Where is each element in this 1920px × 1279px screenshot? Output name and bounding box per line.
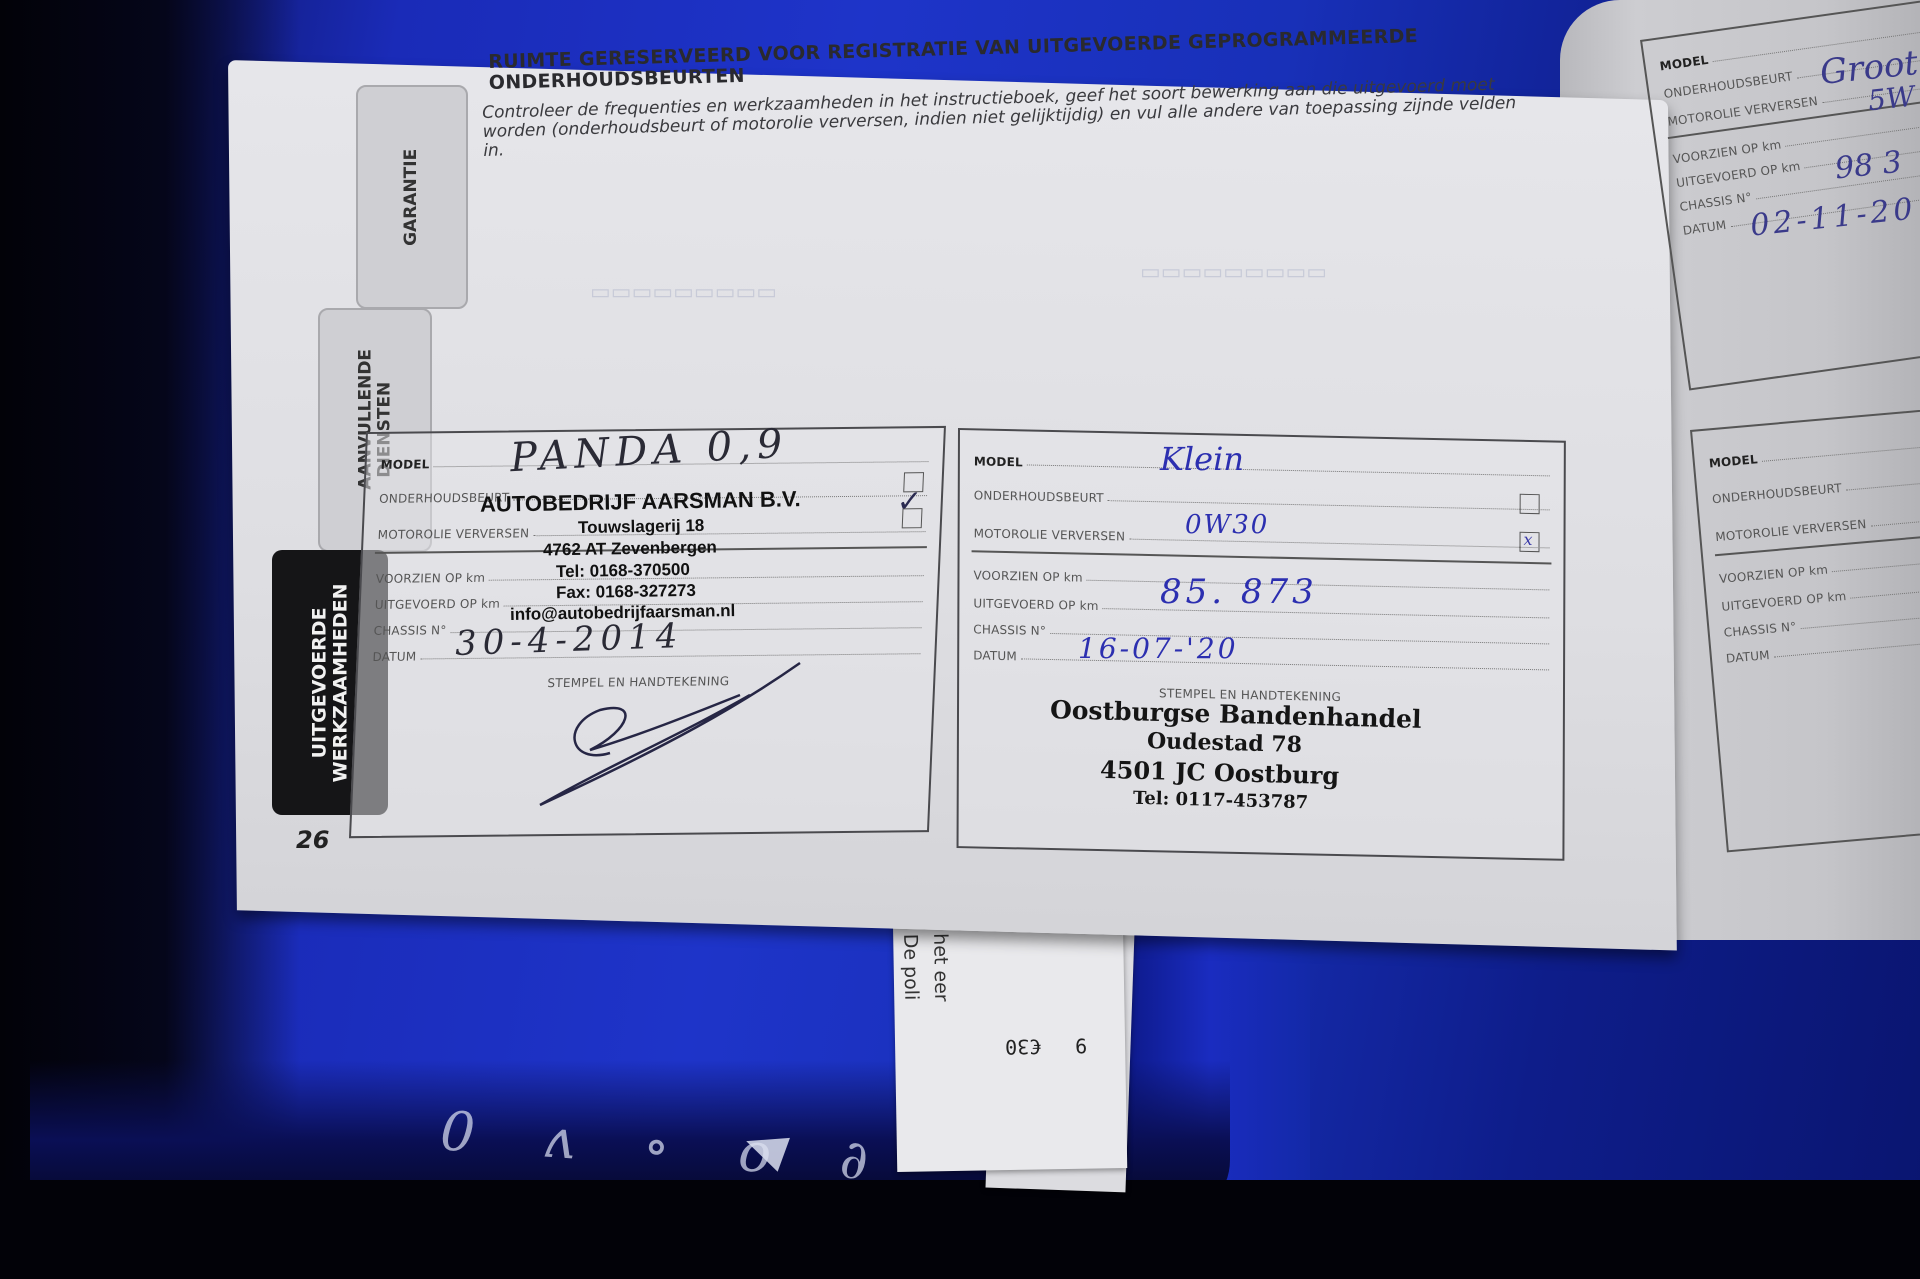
ghost-print: ▭▭▭▭▭▭▭▭▭ [590,280,777,305]
dotted-line [489,575,924,581]
dotted-line [1108,500,1550,510]
field-label: CHASSIS N° [373,623,446,638]
field-label: VOORZIEN OP km [973,568,1082,584]
dotted-line [1027,464,1550,476]
dotted-line [1762,445,1920,462]
field-label: MOTOROLIE VERVERSEN [377,526,529,542]
slip-amount: €30 [1005,1034,1042,1059]
field-onderhoudsbeurt: ONDERHOUDSBEURT [1711,462,1920,506]
stamp-fax: Fax: 0168-327273 [556,581,696,603]
handwritten-uitgevoerd-km: 85. 873 [1160,572,1318,612]
dotted-line [1087,580,1550,591]
field-label: DATUM [1682,218,1727,238]
field-motorolie: MOTOROLIE VERVERSEN [1714,500,1920,544]
field-label: UITGEVOERD OP km [973,596,1098,613]
field-label: MODEL [974,454,1023,469]
field-label: DATUM [372,649,416,663]
field-label: MODEL [1708,452,1758,470]
field-label: VOORZIEN OP km [376,571,486,586]
field-label: ONDERHOUDSBEURT [974,488,1104,505]
onderhoudsbeurt-checkbox[interactable] [1520,494,1540,514]
dotted-line [1774,640,1920,657]
stamp-city: 4762 AT Zevenbergen [543,537,717,560]
field-label: UITGEVOERD OP km [374,597,500,612]
slip-text: De poli [899,934,922,1001]
slip-amount: 9 [1075,1034,1087,1058]
signature [520,655,820,815]
field-label: MODEL [1659,53,1709,74]
receipt-slip: De poli het eer €30 9 [893,908,1128,1172]
check-icon: ✓ [896,484,923,519]
field-label: MOTOROLIE VERVERSEN [1715,517,1867,544]
handwritten-motorolie: 5W [1866,80,1916,118]
table-surface [0,1180,1920,1279]
ghost-print: ▭▭▭▭▭▭▭▭▭ [1140,260,1327,285]
handwritten-onderhoudsbeurt: Klein [1160,440,1244,478]
cross-mark-icon: x [1523,530,1532,549]
slip-text: het eer [929,933,952,1002]
field-label: MOTOROLIE VERVERSEN [974,526,1126,543]
stamp-street: Touwslagerij 18 [578,516,705,538]
dotted-line [1871,519,1920,527]
field-model: MODEL [1708,426,1920,470]
dotted-line [1832,561,1920,572]
page-number: 26 [296,826,329,854]
service-record-card-4: MODEL ONDERHOUDSBEURT MOTOROLIE VERVERSE… [1690,407,1920,852]
field-model: MODEL [974,444,1550,480]
field-label: MODEL [380,457,430,472]
handwritten-date: 16-07-'20 [1078,632,1239,665]
handwritten-uitgevoerd-km: 98 3 [1833,145,1903,187]
tab-garantie[interactable]: GARANTIE [356,85,468,309]
stamp-tel: Tel: 0168-370500 [556,560,690,582]
field-label: DATUM [973,648,1017,663]
field-label: CHASSIS N° [973,622,1046,638]
field-label: ONDERHOUDSBEURT [1712,481,1843,506]
stamp-street: Oudestad 78 [1147,728,1303,758]
field-label: MOTOROLIE VERVERSEN [1667,94,1819,129]
dotted-line [1129,539,1549,549]
stamp-email: info@autobedrijfaarsman.nl [510,601,736,625]
field-onderhoudsbeurt: ONDERHOUDSBEURT [974,478,1550,514]
stamp-city: 4501 JC Oostburg [1100,755,1340,790]
dotted-line [1851,589,1920,599]
dotted-line [1846,481,1920,491]
handwritten-motorolie: 0W30 [1185,510,1269,540]
field-label: DATUM [1725,648,1770,666]
